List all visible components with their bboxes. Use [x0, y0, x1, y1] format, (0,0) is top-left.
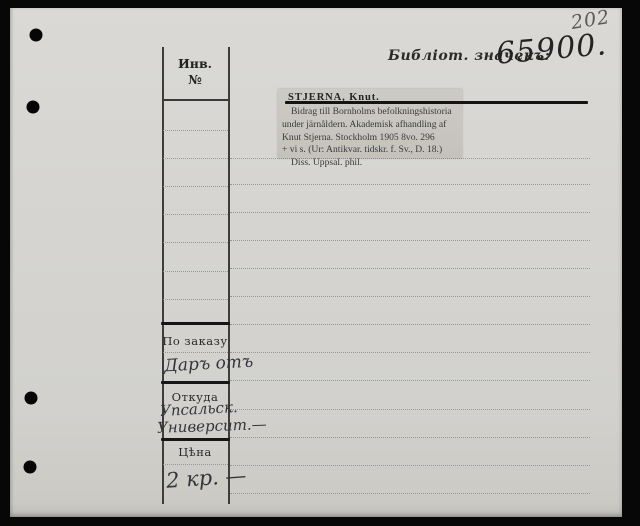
- punch-hole: [30, 29, 43, 42]
- inventory-label-line2: №: [162, 72, 228, 88]
- ruled-line: [230, 380, 590, 381]
- price-field-label: Цѣна: [162, 445, 228, 459]
- origin-field-handwriting-line2: Университ.—: [157, 415, 267, 437]
- ruled-line: [230, 240, 590, 241]
- column-divider-line: [161, 381, 230, 384]
- order-field-handwriting: Даръ отъ: [164, 352, 254, 377]
- ruled-line: [230, 184, 590, 185]
- inventory-header-underline: [162, 99, 230, 101]
- ruled-line: [230, 212, 590, 213]
- catalog-card: 202 Библіот. значекъ: 65900. Инв. № STJE…: [10, 8, 622, 517]
- punch-hole: [25, 392, 38, 405]
- ruled-line: [230, 437, 590, 438]
- ruled-line: [230, 324, 590, 325]
- library-mark-number-handwriting: 65900.: [495, 27, 609, 72]
- column-right-rule: [228, 47, 230, 504]
- ruled-line: [230, 268, 590, 269]
- ruled-line: [230, 465, 590, 466]
- column-ruled-line: [163, 271, 228, 272]
- clipping-body-line: + vi s. (Ur: Antikvar. tidskr. f. Sv., D…: [282, 144, 459, 157]
- punch-hole: [27, 101, 40, 114]
- scan-background: 202 Библіот. значекъ: 65900. Инв. № STJE…: [0, 0, 640, 526]
- ruled-line: [230, 352, 590, 353]
- pasted-clipping: STJERNA, Knut. Bidrag till Bornholms bef…: [278, 89, 462, 158]
- punch-hole: [24, 461, 37, 474]
- column-ruled-line: [163, 242, 228, 243]
- column-ruled-line: [163, 352, 228, 353]
- author-underline-rule: [285, 101, 588, 104]
- order-field-label: По заказу: [162, 334, 228, 348]
- ruled-line: [230, 409, 590, 410]
- column-ruled-line: [163, 186, 228, 187]
- ruled-line: [230, 493, 590, 494]
- column-ruled-line: [163, 299, 228, 300]
- column-ruled-line: [163, 158, 228, 159]
- column-ruled-line: [163, 214, 228, 215]
- column-divider-line: [161, 438, 230, 441]
- clipping-body-line: under järnåldern. Akademisk afhandling a…: [282, 119, 459, 132]
- column-ruled-line: [163, 464, 228, 465]
- ruled-line: [230, 296, 590, 297]
- column-ruled-line: [163, 130, 228, 131]
- clipping-body: Bidrag till Bornholms befolkningshistori…: [282, 106, 459, 170]
- inventory-column-header: Инв. №: [162, 56, 228, 88]
- clipping-body-line: Knut Stjerna. Stockholm 1905 8vo. 296: [282, 132, 459, 145]
- clipping-body-line: Bidrag till Bornholms befolkningshistori…: [282, 106, 459, 119]
- inventory-label-line1: Инв.: [162, 56, 228, 72]
- column-divider-line: [161, 322, 230, 325]
- clipping-body-line: Diss. Uppsal. phil.: [282, 157, 459, 170]
- price-field-handwriting: 2 кр. —: [165, 463, 247, 493]
